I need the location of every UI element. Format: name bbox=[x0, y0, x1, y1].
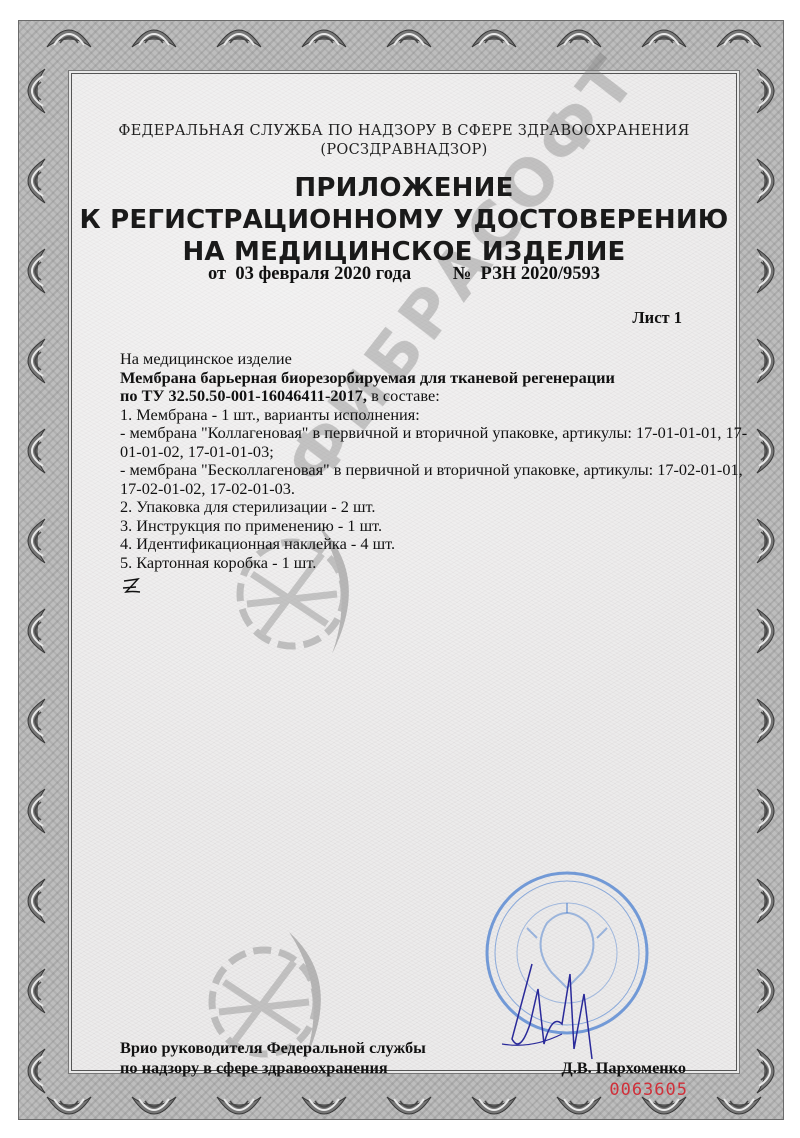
list-item: - мембрана "Бесколлагеновая" в первичной… bbox=[120, 461, 760, 498]
signer-title-line-2: по надзору в сфере здравоохранения bbox=[120, 1058, 426, 1078]
title-line-2: К РЕГИСТРАЦИОННОМУ УДОСТОВЕРЕНИЮ bbox=[72, 204, 736, 236]
agency-abbrev: (РОСЗДРАВНАДЗОР) bbox=[72, 141, 736, 160]
list-item: - мембрана "Коллагеновая" в первичной и … bbox=[120, 424, 760, 461]
certificate-sheet: ФИБРАСОФТ ФЕДЕРАЛЬНАЯ СЛУЖБА ПО НАДЗОРУ … bbox=[18, 20, 784, 1120]
product-name: Мембрана барьерная биорезорбируемая для … bbox=[120, 368, 615, 387]
intro-text: На медицинское изделие bbox=[120, 350, 760, 369]
spec-reference: по ТУ 32.50.50-001-16046411-2017, bbox=[120, 386, 367, 405]
list-item: 4. Идентификационная наклейка - 4 шт. bbox=[120, 535, 760, 554]
agency-header: ФЕДЕРАЛЬНАЯ СЛУЖБА ПО НАДЗОРУ В СФЕРЕ ЗД… bbox=[72, 122, 736, 160]
signer-name: Д.В. Пархоменко bbox=[562, 1058, 687, 1078]
document-title: ПРИЛОЖЕНИЕ К РЕГИСТРАЦИОННОМУ УДОСТОВЕРЕ… bbox=[72, 172, 736, 268]
signer-title-line-1: Врио руководителя Федеральной службы bbox=[120, 1038, 426, 1058]
document-body: ФИБРАСОФТ ФЕДЕРАЛЬНАЯ СЛУЖБА ПО НАДЗОРУ … bbox=[71, 73, 737, 1071]
spec-suffix: в составе: bbox=[367, 386, 440, 405]
list-item: 3. Инструкция по применению - 1 шт. bbox=[120, 517, 760, 536]
list-item: 5. Картонная коробка - 1 шт. bbox=[120, 554, 760, 573]
list-item: 2. Упаковка для стерилизации - 2 шт. bbox=[120, 498, 760, 517]
title-line-1: ПРИЛОЖЕНИЕ bbox=[72, 172, 736, 204]
device-description: На медицинское изделие Мембрана барьерна… bbox=[120, 350, 760, 572]
sheet-number: Лист 1 bbox=[632, 308, 682, 328]
list-item: 1. Мембрана - 1 шт., варианты исполнения… bbox=[120, 406, 760, 425]
signer-title: Врио руководителя Федеральной службы по … bbox=[120, 1038, 426, 1078]
agency-name: ФЕДЕРАЛЬНАЯ СЛУЖБА ПО НАДЗОРУ В СФЕРЕ ЗД… bbox=[72, 122, 736, 141]
signature-icon bbox=[492, 954, 632, 1064]
serial-number: 0063605 bbox=[609, 1080, 688, 1100]
initials-mark-icon bbox=[120, 578, 144, 596]
date-and-number: от 03 февраля 2020 года № РЗН 2020/9593 bbox=[72, 264, 736, 285]
